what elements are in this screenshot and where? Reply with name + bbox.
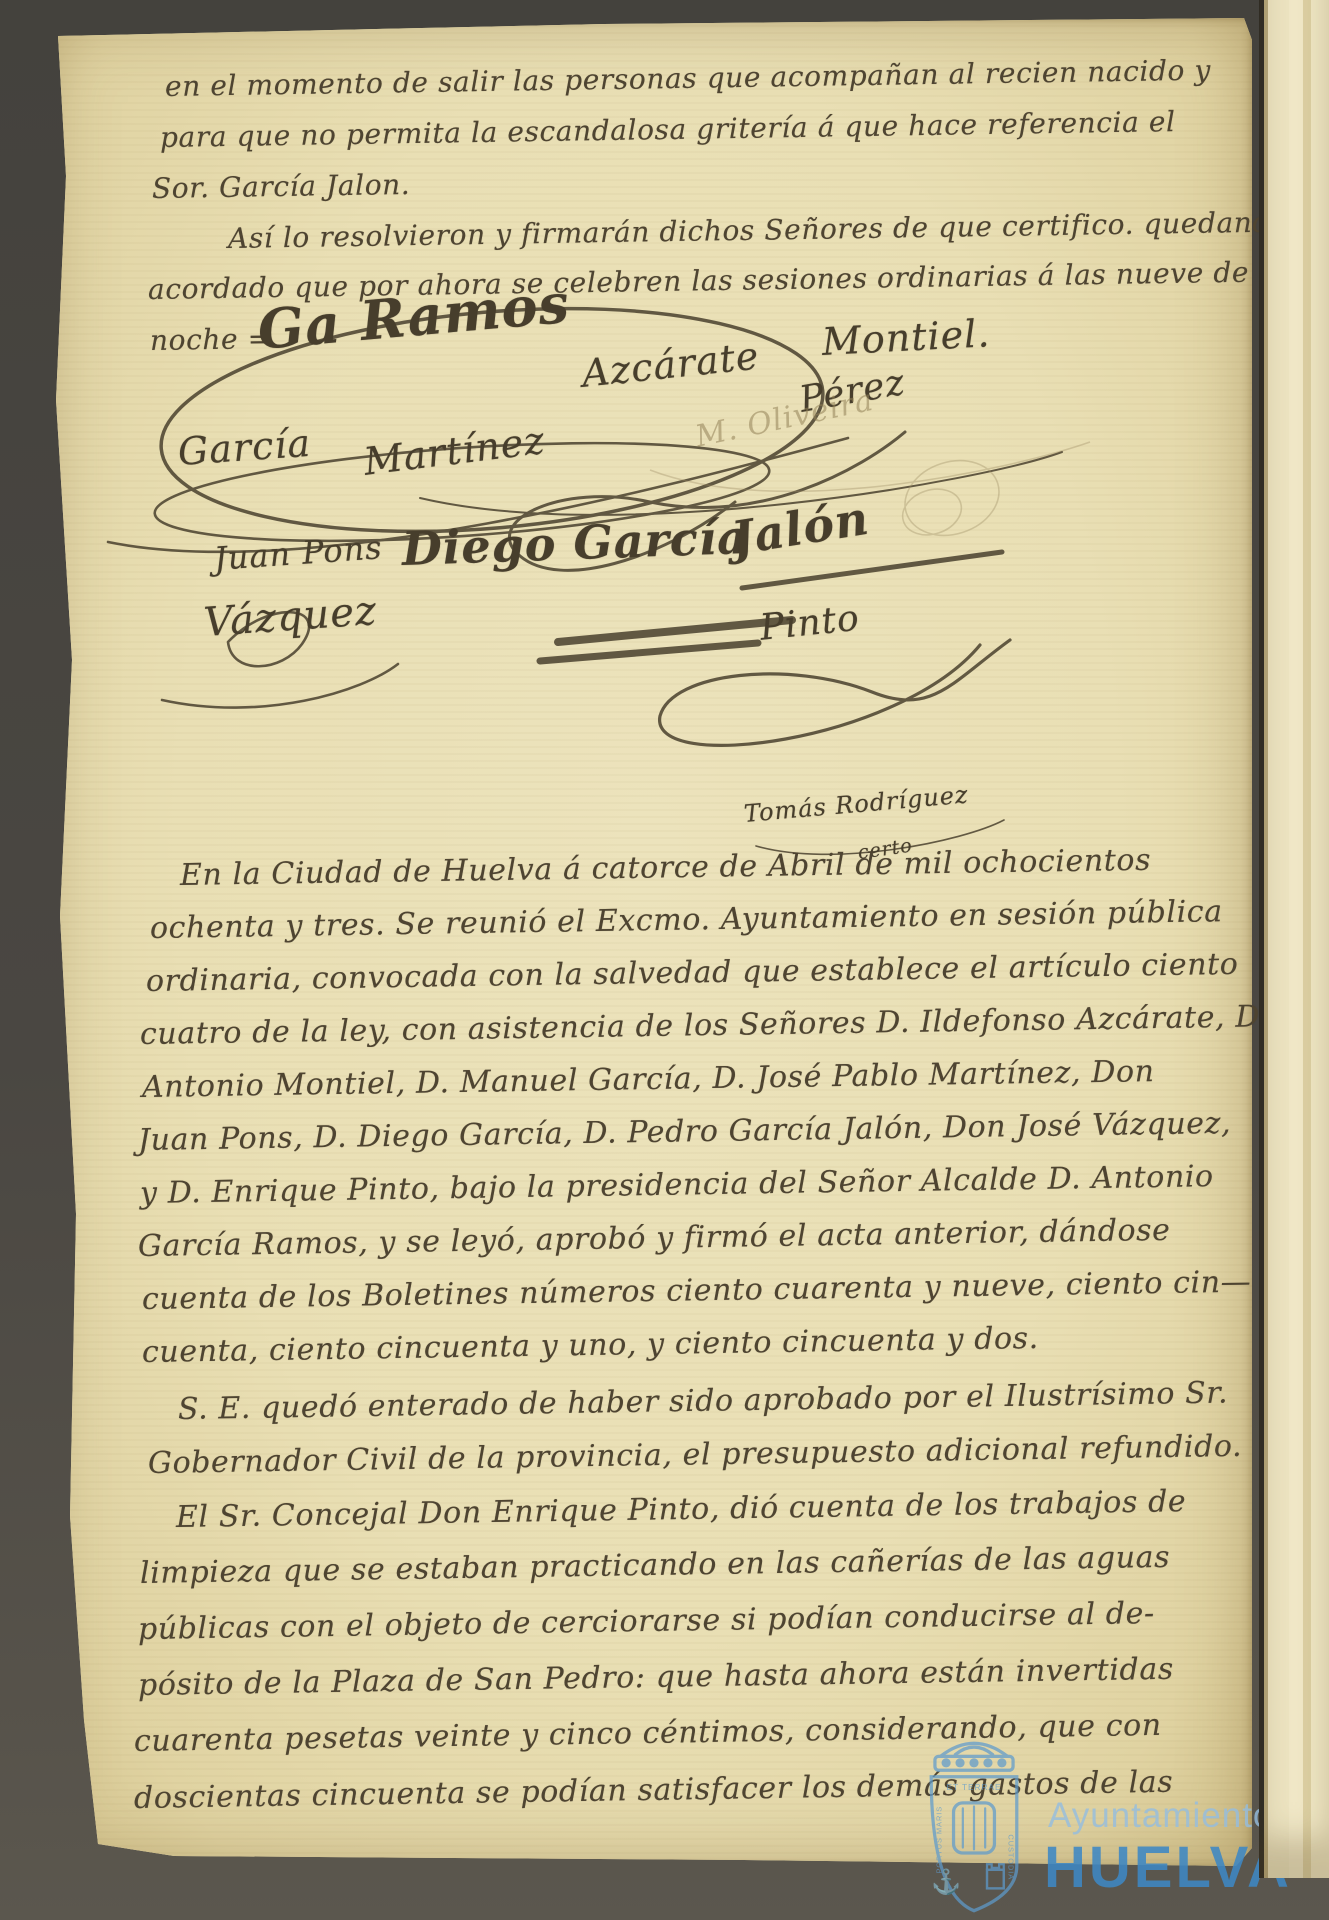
- adjacent-page-edge: [1259, 0, 1329, 1878]
- svg-text:⚓: ⚓: [931, 1868, 961, 1896]
- signature-garcia: García: [176, 421, 312, 474]
- signature-montiel: Montiel.: [821, 311, 991, 364]
- manuscript-line: noche =: [150, 322, 272, 357]
- scanned-manuscript-page: { "document_type": "handwritten municipa…: [0, 0, 1329, 1920]
- huelva-crest-icon: ET TERRAE PORTUS MARIS CUSTODIA ⚓: [896, 1734, 1052, 1920]
- svg-text:CUSTODIA: CUSTODIA: [1006, 1834, 1015, 1880]
- watermark-city-text: HUELVA: [1044, 1834, 1292, 1901]
- manuscript-line: Sor. García Jalon.: [152, 168, 411, 205]
- svg-text:PORTUS MARIS: PORTUS MARIS: [934, 1806, 943, 1874]
- svg-text:ET TERRAE: ET TERRAE: [947, 1782, 1002, 1792]
